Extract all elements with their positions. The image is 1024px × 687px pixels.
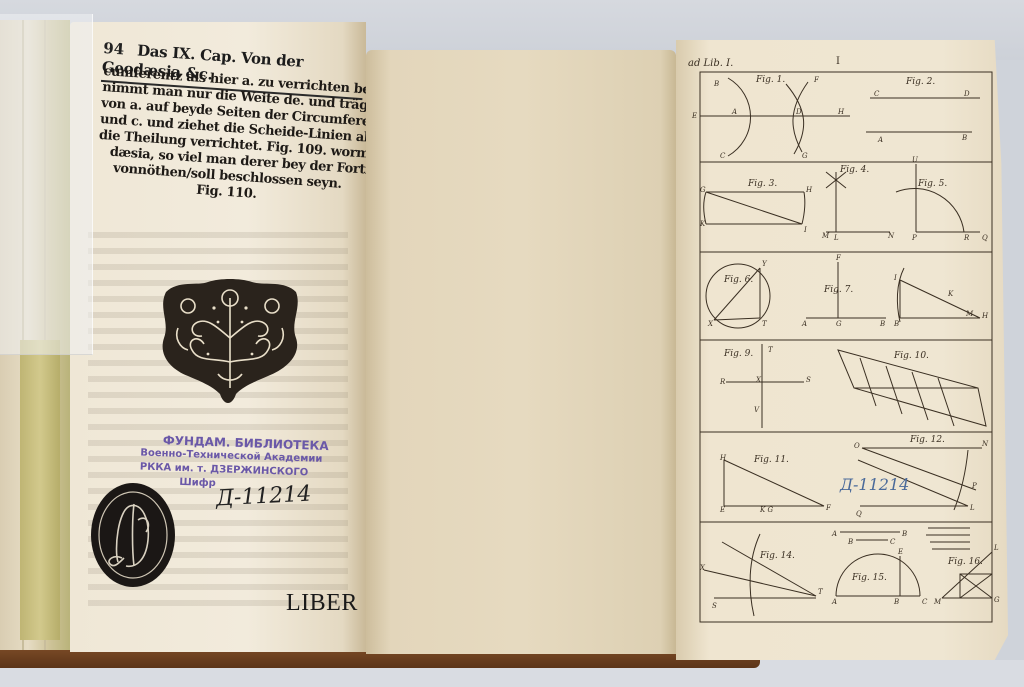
blank-page: [366, 50, 676, 654]
svg-text:Fig. 3.: Fig. 3.: [747, 179, 777, 189]
svg-text:K: K: [699, 220, 706, 228]
svg-text:H: H: [805, 186, 813, 194]
svg-text:P: P: [911, 234, 917, 242]
svg-text:X: X: [755, 376, 762, 384]
svg-text:T: T: [762, 320, 768, 328]
svg-text:Fig. 1.: Fig. 1.: [755, 75, 785, 85]
page-number: 94: [103, 39, 125, 58]
monogram-seal-icon: [88, 480, 178, 590]
svg-text:B: B: [901, 530, 907, 538]
ex-libris-stamp: LIBER: [286, 590, 358, 617]
svg-text:Fig. 12.: Fig. 12.: [909, 435, 945, 445]
svg-text:X: X: [707, 320, 714, 328]
svg-text:Fig. 14.: Fig. 14.: [759, 551, 795, 561]
svg-text:L: L: [993, 544, 999, 552]
svg-text:M: M: [933, 598, 942, 606]
svg-text:E: E: [897, 548, 903, 556]
svg-text:R: R: [963, 234, 970, 242]
svg-text:A: A: [801, 320, 807, 328]
svg-text:L: L: [833, 234, 839, 242]
svg-text:F: F: [813, 76, 820, 84]
svg-text:F: F: [835, 254, 842, 262]
svg-text:H: H: [719, 454, 727, 462]
svg-text:Y: Y: [762, 260, 768, 268]
svg-text:T: T: [768, 346, 774, 354]
svg-text:E: E: [719, 506, 725, 514]
svg-text:Fig. 7.: Fig. 7.: [823, 285, 853, 295]
pencil-mark: Д-11214: [839, 475, 909, 494]
svg-text:D: D: [963, 90, 970, 98]
svg-text:N: N: [981, 440, 989, 448]
svg-text:S: S: [806, 376, 811, 384]
svg-text:C: C: [720, 152, 726, 160]
svg-text:Fig. 15.: Fig. 15.: [851, 573, 887, 583]
page-edge-gilt: [20, 340, 60, 640]
svg-text:M: M: [965, 310, 974, 318]
floral-ornament-icon: [158, 278, 302, 408]
geometry-plate-figures: Fig. 1. Fig. 2. Fig. 3. Fig. 4. Fig. 5. …: [690, 70, 1006, 626]
svg-text:G: G: [994, 596, 1000, 604]
svg-text:K: K: [947, 290, 954, 298]
svg-text:Fig. 6.: Fig. 6.: [723, 275, 753, 285]
svg-text:H: H: [837, 108, 845, 116]
svg-text:Q: Q: [856, 510, 862, 518]
svg-text:V: V: [754, 406, 760, 414]
plate-number: I: [836, 56, 840, 67]
svg-text:T: T: [818, 588, 824, 596]
svg-text:X: X: [699, 564, 706, 572]
svg-text:B: B: [961, 134, 967, 142]
svg-text:P: P: [971, 482, 977, 490]
svg-text:G: G: [802, 152, 808, 160]
protective-sheet: [0, 14, 93, 355]
svg-text:I: I: [893, 274, 897, 282]
svg-text:B: B: [847, 538, 853, 546]
svg-text:H: H: [981, 312, 989, 320]
plate-label: ad Lib. I.: [688, 58, 733, 69]
svg-text:U: U: [912, 156, 919, 164]
svg-text:C: C: [890, 538, 896, 546]
svg-text:D: D: [795, 108, 802, 116]
svg-text:R: R: [719, 378, 726, 386]
svg-text:Fig. 2.: Fig. 2.: [905, 77, 935, 87]
svg-text:B: B: [893, 320, 899, 328]
svg-text:B: B: [893, 598, 899, 606]
page-body-text: cumferentz als hier a. zu verrichten beg…: [95, 64, 365, 210]
svg-text:Fig. 9.: Fig. 9.: [723, 349, 753, 359]
svg-text:G: G: [836, 320, 842, 328]
svg-text:G: G: [700, 186, 706, 194]
svg-text:E: E: [691, 112, 697, 120]
svg-text:F: F: [825, 504, 832, 512]
svg-text:C: C: [922, 598, 928, 606]
svg-text:Fig. 10.: Fig. 10.: [893, 351, 929, 361]
svg-text:A: A: [831, 530, 837, 538]
svg-text:O: O: [854, 442, 860, 450]
svg-text:N: N: [887, 232, 895, 240]
svg-text:M: M: [821, 232, 830, 240]
svg-text:B: B: [879, 320, 885, 328]
svg-text:Q: Q: [982, 234, 988, 242]
svg-text:S: S: [712, 602, 717, 610]
svg-text:Fig. 4.: Fig. 4.: [839, 165, 869, 175]
svg-text:A: A: [877, 136, 883, 144]
svg-text:B: B: [713, 80, 719, 88]
svg-text:A: A: [731, 108, 737, 116]
svg-text:A: A: [831, 598, 837, 606]
shelfmark-handwritten: Д-11214: [215, 482, 311, 512]
svg-text:K G: K G: [759, 506, 773, 514]
svg-text:C: C: [874, 90, 880, 98]
svg-text:L: L: [969, 504, 975, 512]
svg-text:Fig. 16.: Fig. 16.: [947, 557, 983, 567]
svg-text:Fig. 5.: Fig. 5.: [917, 179, 947, 189]
svg-text:Fig. 11.: Fig. 11.: [753, 455, 789, 465]
svg-text:I: I: [803, 226, 807, 234]
